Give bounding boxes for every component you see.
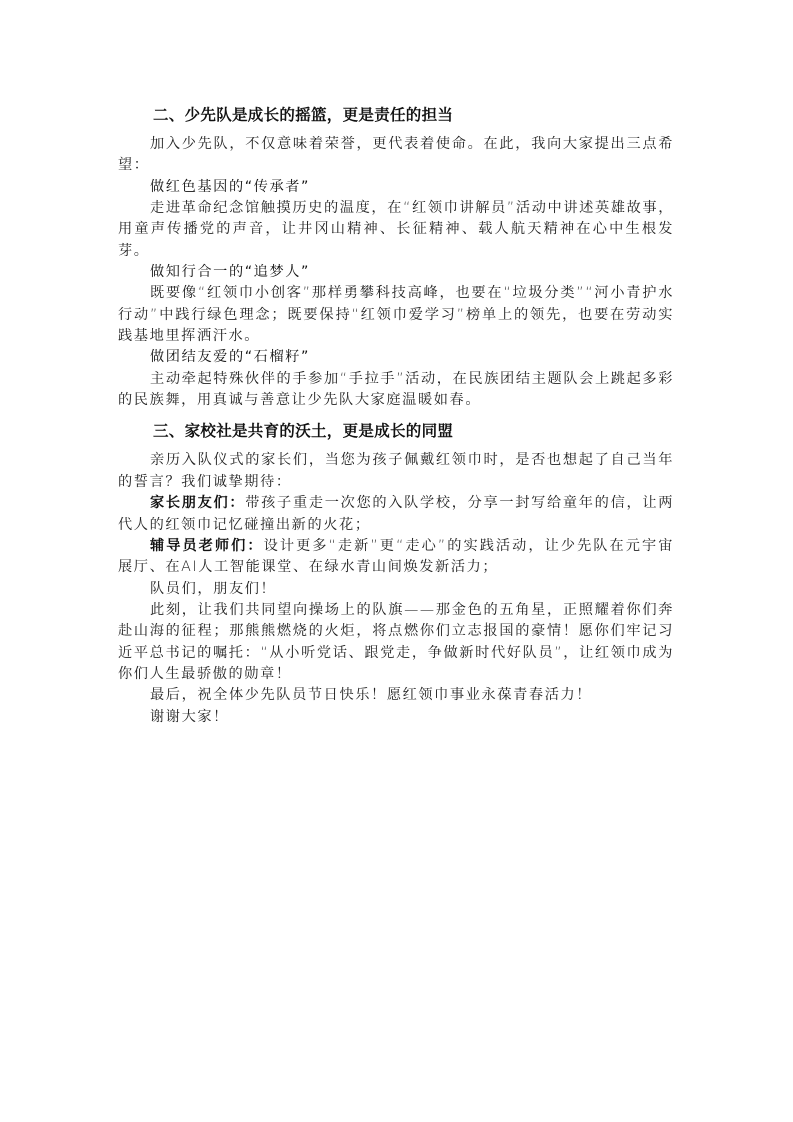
paragraph-address: 队员们，朋友们！ xyxy=(118,579,674,600)
paragraph-closing-2: 最后，祝全体少先队员节日快乐！愿红领巾事业永葆青春活力！ xyxy=(118,685,674,706)
paragraph-thanks: 谢谢大家！ xyxy=(118,707,674,728)
parents-label: 家长朋友们： xyxy=(150,495,245,511)
subheading-dreamer: 做知行合一的“追梦人” xyxy=(118,262,674,283)
paragraph-closing-1: 此刻，让我们共同望向操场上的队旗——那金色的五角星，正照耀着你们奔赴山海的征程；… xyxy=(118,600,674,685)
paragraph-inheritor: 走进革命纪念馆触摸历史的温度，在“红领巾讲解员”活动中讲述英雄故事，用童声传播党… xyxy=(118,198,674,262)
paragraph-dreamer: 既要像“红领巾小创客”那样勇攀科技高峰，也要在“垃圾分类”“河小青护水行动”中践… xyxy=(118,283,674,347)
teachers-label: 辅导员老师们： xyxy=(150,538,264,554)
paragraph-teachers: 辅导员老师们：设计更多“走新”更“走心”的实践活动，让少先队在元宇宙展厅、在AI… xyxy=(118,536,674,579)
paragraph-pomegranate: 主动牵起特殊伙伴的手参加“手拉手”活动，在民族团结主题队会上跳起多彩的民族舞，用… xyxy=(118,369,674,412)
subheading-pomegranate: 做团结友爱的“石榴籽” xyxy=(118,347,674,368)
paragraph-intro-3: 亲历入队仪式的家长们，当您为孩子佩戴红领巾时，是否也想起了自己当年的誓言？我们诚… xyxy=(118,450,674,493)
document-page: 二、少先队是成长的摇篮，更是责任的担当 加入少先队，不仅意味着荣誉，更代表着使命… xyxy=(118,104,674,728)
paragraph-parents: 家长朋友们：带孩子重走一次您的入队学校，分享一封写给童年的信，让两代人的红领巾记… xyxy=(118,493,674,536)
subheading-inheritor: 做红色基因的“传承者” xyxy=(118,177,674,198)
paragraph-intro-2: 加入少先队，不仅意味着荣誉，更代表着使命。在此，我向大家提出三点希望： xyxy=(118,134,674,177)
section-heading-3: 三、家校社是共育的沃土，更是成长的同盟 xyxy=(118,420,674,442)
section-heading-2: 二、少先队是成长的摇篮，更是责任的担当 xyxy=(118,104,674,126)
